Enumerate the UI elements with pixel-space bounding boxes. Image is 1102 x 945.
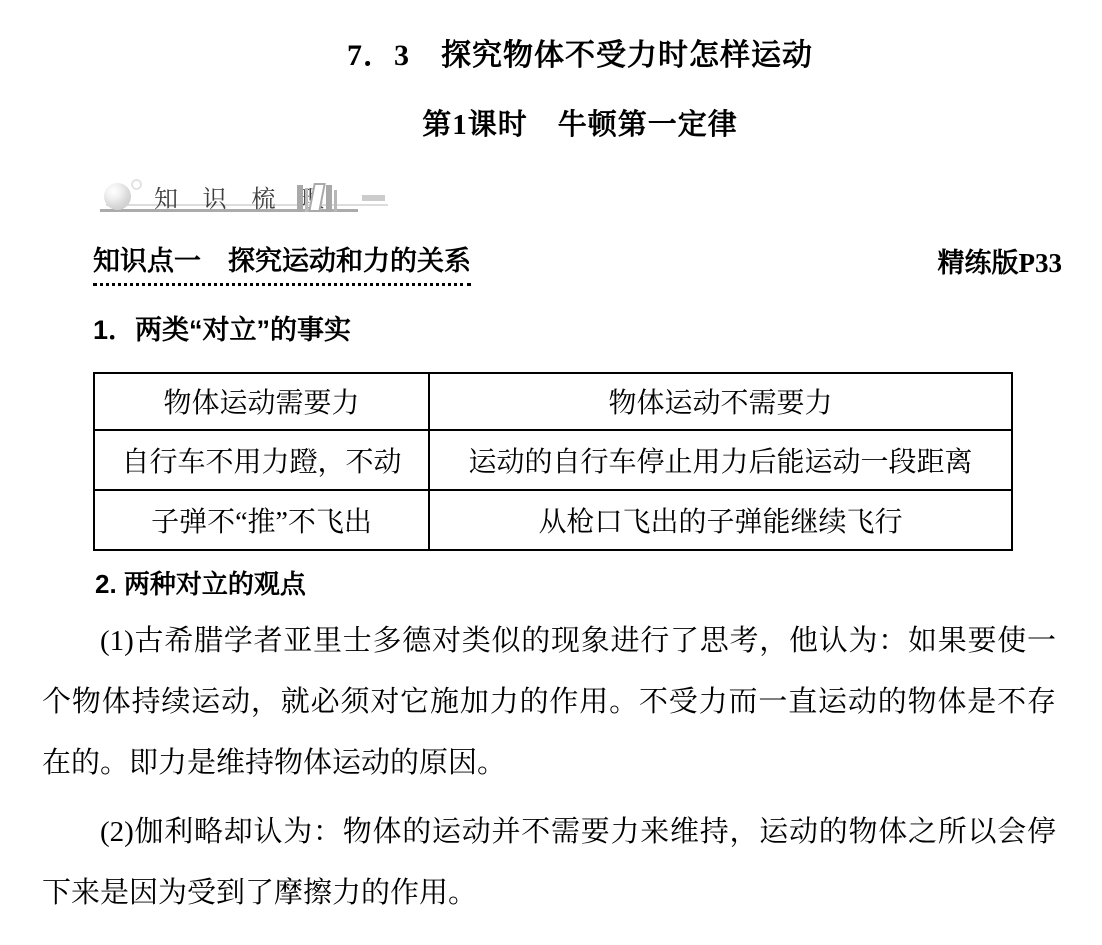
section-heading: 知识点一 探究运动和力的关系 — [93, 239, 471, 286]
knowledge-review-banner: 知 识 梳 理 — [0, 176, 1102, 218]
lesson-title: 7．3 探究物体不受力时怎样运动 — [0, 0, 1102, 74]
table-header-cell: 物体运动需要力 — [94, 373, 429, 430]
table-header-cell: 物体运动不需要力 — [429, 373, 1012, 430]
table-header-row: 物体运动需要力 物体运动不需要力 — [94, 373, 1012, 430]
textbook-page: 7．3 探究物体不受力时怎样运动 第1课时 牛顿第一定律 知 识 梳 理 知识点… — [0, 0, 1102, 945]
point1-heading: 1．两类“对立”的事实 — [93, 308, 1102, 347]
small-circle-icon — [131, 179, 142, 190]
table-cell: 运动的自行车停止用力后能运动一段距离 — [429, 430, 1012, 490]
lesson-subtitle: 第1课时 牛顿第一定律 — [0, 102, 1102, 143]
paragraph-galileo-view: (2)伽利略却认为：物体的运动并不需要力来维持，运动的物体之所以会停下来是因为受… — [42, 802, 1056, 924]
table-cell: 从枪口飞出的子弹能继续飞行 — [429, 490, 1012, 550]
section-heading-row: 知识点一 探究运动和力的关系 精练版P33 — [93, 239, 1062, 286]
dash-decoration — [362, 195, 385, 201]
paragraph-aristotle-view: (1)古希腊学者亚里士多德对类似的现象进行了思考，他认为：如果要使一个物体持续运… — [42, 611, 1056, 794]
practice-book-page-reference: 精练版P33 — [938, 239, 1063, 280]
books-on-shelf-icon — [297, 184, 337, 212]
table-row: 子弹不“推”不飞出 从枪口飞出的子弹能继续飞行 — [94, 490, 1012, 550]
point2-heading: 2. 两种对立的观点 — [95, 564, 1102, 601]
table-cell: 自行车不用力蹬，不动 — [94, 430, 429, 490]
opposing-facts-table: 物体运动需要力 物体运动不需要力 自行车不用力蹬，不动 运动的自行车停止用力后能… — [93, 372, 1013, 551]
table-cell: 子弹不“推”不飞出 — [94, 490, 429, 550]
table-row: 自行车不用力蹬，不动 运动的自行车停止用力后能运动一段距离 — [94, 430, 1012, 490]
sphere-icon — [104, 183, 131, 210]
